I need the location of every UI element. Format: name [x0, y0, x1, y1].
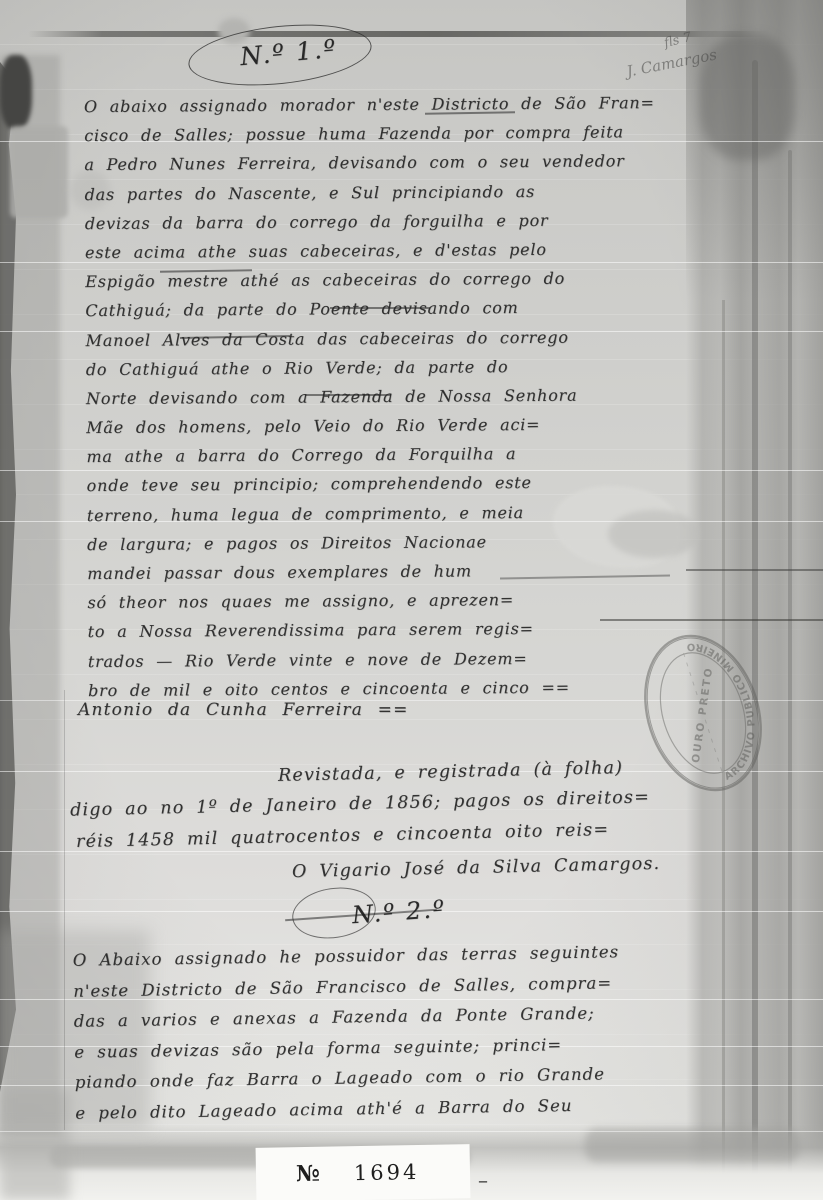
registration-note-line: Revistada, e registrada (à folha): [278, 758, 624, 786]
manuscript-line: Espigão mestre athé as cabeceiras do cor…: [85, 263, 685, 296]
margin-rule-line: [64, 690, 65, 1130]
dark-scanline-right-band: [686, 569, 823, 571]
paragraph-1: O abaixo assignado morador n'este Distri…: [84, 88, 688, 705]
paragraph-2: O Abaixo assignado he possuidor das terr…: [73, 936, 686, 1129]
manuscript-line: das partes do Nascente, e Sul principian…: [84, 175, 684, 208]
manuscript-line: a Pedro Nunes Ferreira, devisando com o …: [84, 146, 684, 179]
numero-symbol: №: [296, 1161, 320, 1187]
manuscript-line: ma athe a barra do Corrego da Forquilha …: [86, 438, 686, 471]
scanned-manuscript-page: N.º 1.º fls 7 J. Camargos O abaixo assig…: [0, 0, 823, 1200]
manuscript-line: do Cathiguá athe o Rio Verde; da parte d…: [86, 351, 686, 384]
manuscript-line: O abaixo assignado morador n'este Distri…: [84, 88, 684, 121]
left-margin-gray-patch: [10, 126, 68, 218]
manuscript-line: to a Nossa Reverendissima para serem reg…: [88, 613, 688, 646]
archive-number: 1694: [354, 1160, 420, 1185]
scanline: [0, 851, 823, 852]
manuscript-line: de largura; e pagos os Direitos Nacionae: [87, 526, 687, 559]
top-page-edge-shadow: [28, 31, 770, 37]
section-heading-2: N.º 2.º: [351, 895, 447, 930]
signature-antonio-da-cunha-ferreira: Antonio da Cunha Ferreira ==: [78, 700, 409, 720]
manuscript-line: Mãe dos homens, pelo Veio do Rio Verde a…: [86, 409, 686, 442]
scanline: [0, 1131, 823, 1132]
stamp-center-text: OURO PRETO: [690, 666, 715, 764]
manuscript-line: este acima athe suas cabeceiras, e d'est…: [85, 234, 685, 267]
manuscript-line: só theor nos quaes me assigno, e aprezen…: [87, 584, 687, 617]
archive-number-label: № 1694: [256, 1144, 471, 1200]
word-strike: [330, 307, 430, 309]
top-left-torn-corner: [0, 55, 32, 129]
manuscript-line: cisco de Salles; possue huma Fazenda por…: [84, 117, 684, 150]
word-overline: [305, 394, 391, 396]
right-band-streak-2: [788, 150, 792, 1200]
label-dash: –: [478, 1168, 488, 1192]
manuscript-line: trados — Rio Verde vinte e nove de Dezem…: [88, 642, 688, 675]
manuscript-line: terreno, huma legua de comprimento, e me…: [87, 497, 687, 530]
manuscript-line: onde teve seu principio; comprehendendo …: [87, 467, 687, 500]
manuscript-line: mandei passar dous exemplares de hum: [87, 555, 687, 588]
vicar-signature: O Vigario José da Silva Camargos.: [292, 854, 661, 882]
manuscript-line: devizas da barra do corrego da forguilha…: [85, 205, 685, 238]
registration-note-line: digo ao no 1º de Janeiro de 1856; pagos …: [70, 787, 650, 820]
bottom-smear-right: [585, 1128, 800, 1162]
manuscript-line: Manoel Alves da Costa das cabeceiras do …: [85, 321, 685, 354]
registration-note-line: réis 1458 mil quatrocentos e cincoenta o…: [76, 820, 610, 852]
manuscript-line: Norte devisando com a Fazenda de Nossa S…: [86, 380, 686, 413]
